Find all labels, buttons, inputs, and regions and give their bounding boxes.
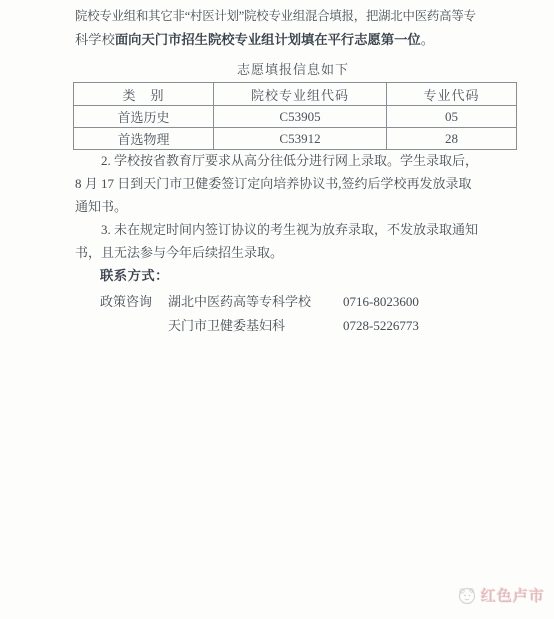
paragraph-2: 2. 学校按省教育厅要求从高分往低分进行网上录取。学生录取后， 8 月 17 日… — [75, 149, 478, 218]
text-line: 科学校面向天门市招生院校专业组计划填在平行志愿第一位。 — [75, 28, 476, 51]
text-line: 书，且无法参与今年后续招生录取。 — [75, 241, 478, 264]
contact-heading: 联系方式： — [100, 265, 169, 284]
contact-phone: 0728-5226773 — [343, 317, 419, 334]
contact-row: 政策咨询 湖北中医药高等专科学校 0716-8023600 — [100, 293, 419, 310]
contact-label — [100, 317, 168, 334]
watermark-text: 红色卢市 — [481, 585, 545, 606]
cell-category: 首选物理 — [74, 128, 214, 150]
admission-codes-table: 类 别 院校专业组代码 专业代码 首选历史 C53905 05 首选物理 C53… — [73, 82, 517, 150]
cell-group-code: C53912 — [214, 128, 387, 150]
cell-category: 首选历史 — [74, 106, 214, 128]
table-caption: 志愿填报信息如下 — [73, 59, 513, 78]
header-category: 类 别 — [74, 83, 214, 106]
text-line: 院校专业组和其它非“村医计划”院校专业组混合填报，把湖北中医药高等专 — [75, 5, 476, 28]
cell-major-code: 28 — [387, 128, 517, 150]
text-line: 8 月 17 日到天门市卫健委签订定向培养协议书,签约后学校再发放录取 — [75, 172, 478, 195]
contact-phone: 0716-8023600 — [343, 293, 419, 310]
table-header-row: 类 别 院校专业组代码 专业代码 — [74, 83, 517, 106]
paragraph-3: 3. 未在规定时间内签订协议的考生视为放弃录取，不发放录取通知 书，且无法参与今… — [75, 218, 478, 264]
contact-row: 天门市卫健委基妇科 0728-5226773 — [100, 317, 419, 334]
text-line: 2. 学校按省教育厅要求从高分往低分进行网上录取。学生录取后， — [75, 149, 478, 172]
contact-label: 政策咨询 — [100, 293, 168, 310]
header-group-code: 院校专业组代码 — [214, 83, 387, 106]
text-line: 通知书。 — [75, 195, 478, 218]
text-run-bold: 面向天门市招生院校专业组计划填在平行志愿第一位 — [115, 32, 421, 47]
cell-major-code: 05 — [387, 106, 517, 128]
table-row: 首选历史 C53905 05 — [74, 106, 517, 128]
contact-org: 湖北中医药高等专科学校 — [168, 293, 343, 310]
document-page: 院校专业组和其它非“村医计划”院校专业组混合填报，把湖北中医药高等专 科学校面向… — [0, 0, 554, 619]
header-major-code: 专业代码 — [387, 83, 517, 106]
contact-org: 天门市卫健委基妇科 — [168, 317, 343, 334]
text-run: 。 — [421, 32, 434, 47]
watermark: 红色卢市 — [457, 585, 545, 606]
paragraph-continuation: 院校专业组和其它非“村医计划”院校专业组混合填报，把湖北中医药高等专 科学校面向… — [75, 5, 476, 51]
panda-logo-icon — [457, 586, 476, 605]
text-run: 科学校 — [75, 32, 115, 47]
cell-group-code: C53905 — [214, 106, 387, 128]
table-row: 首选物理 C53912 28 — [74, 128, 517, 150]
text-line: 3. 未在规定时间内签订协议的考生视为放弃录取，不发放录取通知 — [75, 218, 478, 241]
